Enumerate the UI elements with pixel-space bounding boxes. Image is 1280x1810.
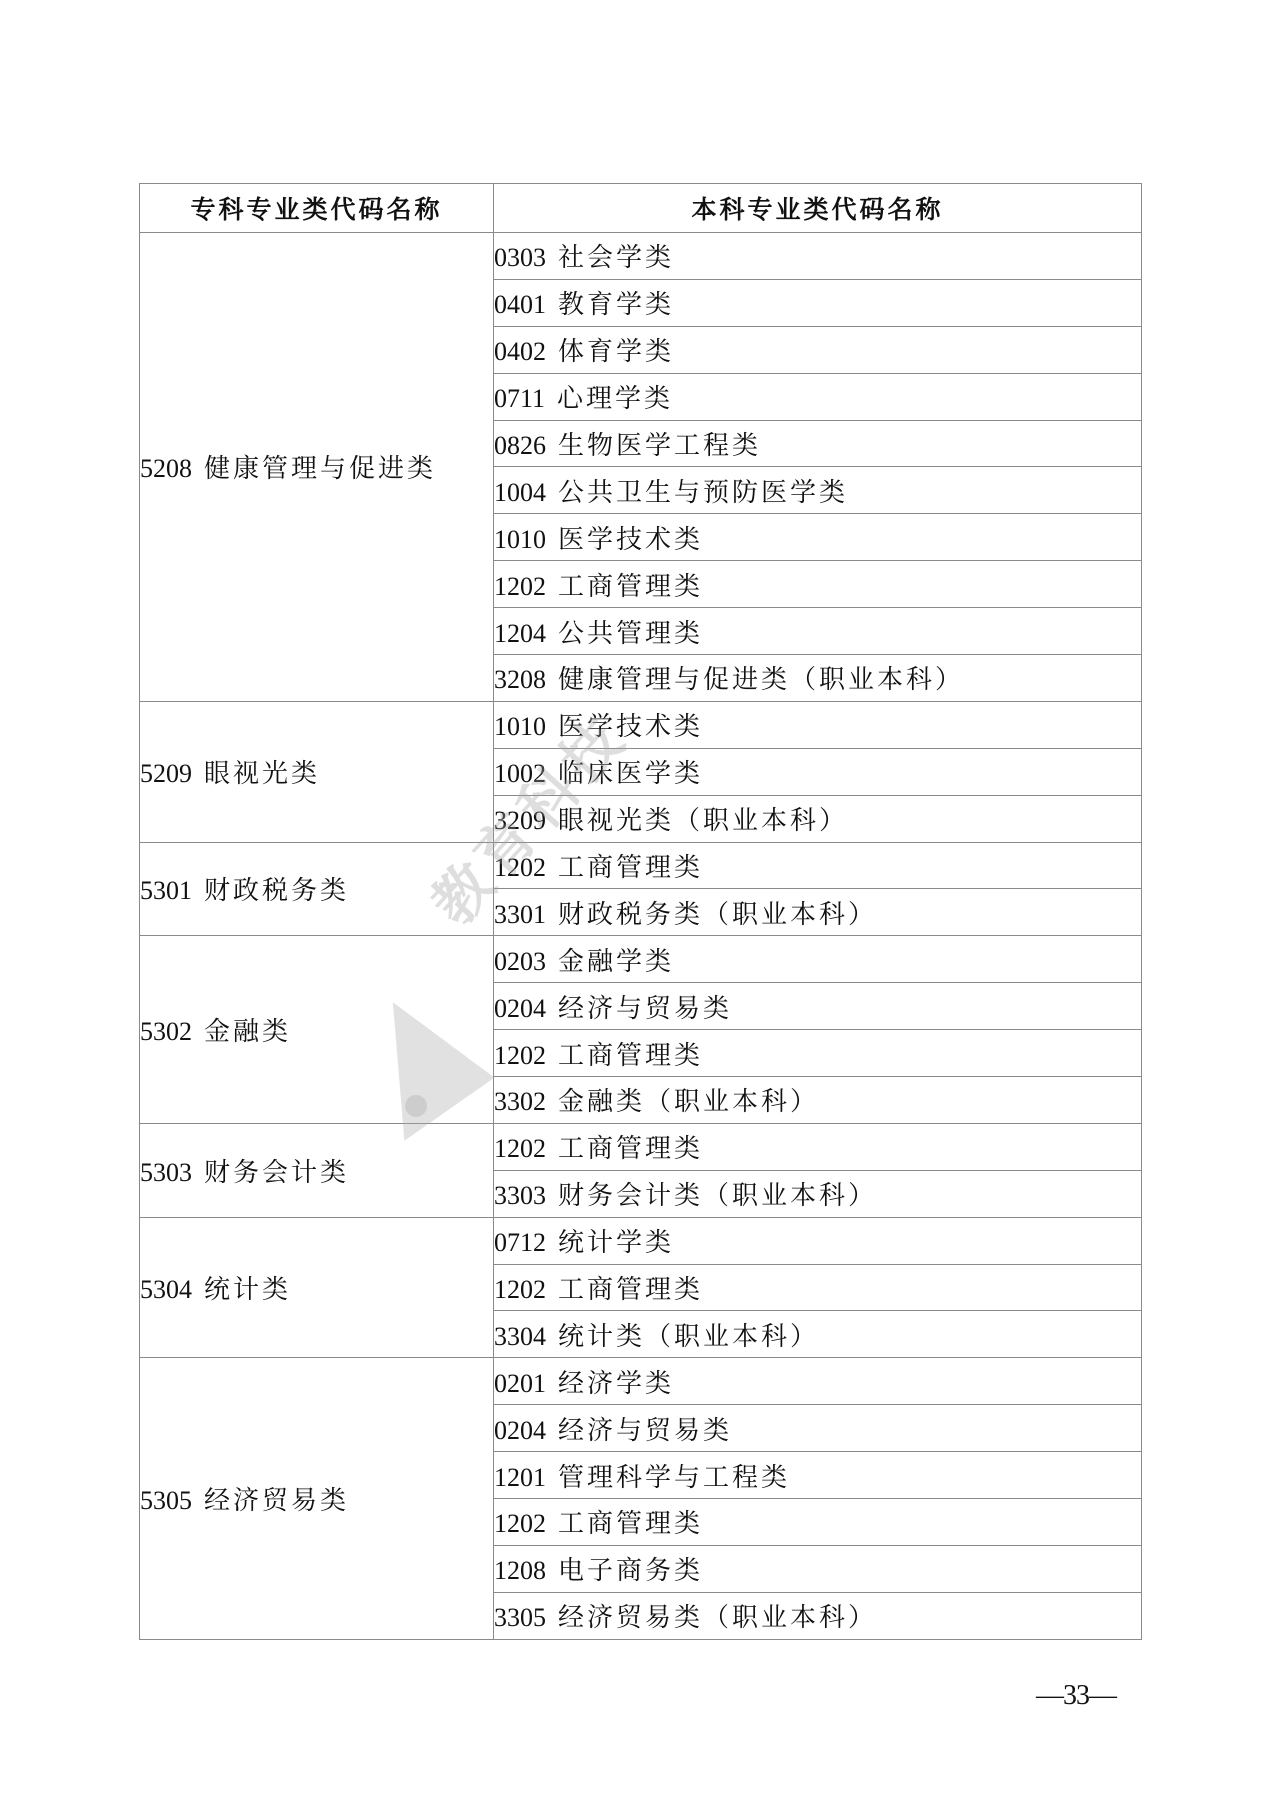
undergraduate-major-cell: 3209眼视光类（职业本科） — [494, 795, 1142, 842]
undergraduate-major-code: 3301 — [494, 900, 546, 929]
header-undergraduate-major: 本科专业类代码名称 — [494, 184, 1142, 233]
undergraduate-major-cell: 0402体育学类 — [494, 326, 1142, 373]
table-row: 5304统计类0712统计学类 — [140, 1217, 1142, 1264]
undergraduate-major-code: 1002 — [494, 759, 546, 788]
undergraduate-major-code: 1202 — [494, 572, 546, 601]
undergraduate-major-name: 工商管理类 — [558, 1509, 703, 1538]
undergraduate-major-name: 经济与贸易类 — [558, 994, 732, 1023]
undergraduate-major-cell: 1201管理科学与工程类 — [494, 1452, 1142, 1499]
undergraduate-major-cell: 0203金融学类 — [494, 936, 1142, 983]
undergraduate-major-name: 经济学类 — [558, 1369, 674, 1398]
vocational-major-cell: 5301财政税务类 — [140, 842, 494, 936]
undergraduate-major-code: 3208 — [494, 665, 546, 694]
vocational-major-cell: 5208健康管理与促进类 — [140, 233, 494, 702]
undergraduate-major-cell: 1202工商管理类 — [494, 1123, 1142, 1170]
undergraduate-major-cell: 1202工商管理类 — [494, 1499, 1142, 1546]
vocational-major-cell: 5303财务会计类 — [140, 1123, 494, 1217]
undergraduate-major-code: 1202 — [494, 1275, 546, 1304]
undergraduate-major-name: 金融学类 — [558, 947, 674, 976]
undergraduate-major-name: 眼视光类（职业本科） — [558, 806, 848, 835]
undergraduate-major-code: 3303 — [494, 1181, 546, 1210]
table-row: 5302金融类0203金融学类 — [140, 936, 1142, 983]
undergraduate-major-cell: 3303财务会计类（职业本科） — [494, 1170, 1142, 1217]
undergraduate-major-name: 公共卫生与预防医学类 — [558, 478, 848, 507]
undergraduate-major-name: 教育学类 — [558, 290, 674, 319]
undergraduate-major-name: 电子商务类 — [558, 1556, 703, 1585]
undergraduate-major-code: 1208 — [494, 1556, 546, 1585]
undergraduate-major-code: 0826 — [494, 431, 546, 460]
undergraduate-major-name: 健康管理与促进类（职业本科） — [558, 665, 964, 694]
undergraduate-major-cell: 3208健康管理与促进类（职业本科） — [494, 655, 1142, 702]
undergraduate-major-cell: 1204公共管理类 — [494, 608, 1142, 655]
undergraduate-major-cell: 0204经济与贸易类 — [494, 983, 1142, 1030]
undergraduate-major-cell: 1002临床医学类 — [494, 748, 1142, 795]
undergraduate-major-name: 工商管理类 — [558, 853, 703, 882]
undergraduate-major-cell: 1202工商管理类 — [494, 842, 1142, 889]
undergraduate-major-code: 1202 — [494, 1041, 546, 1070]
undergraduate-major-name: 工商管理类 — [558, 1041, 703, 1070]
undergraduate-major-name: 经济贸易类（职业本科） — [558, 1603, 877, 1632]
undergraduate-major-cell: 3301财政税务类（职业本科） — [494, 889, 1142, 936]
undergraduate-major-code: 1204 — [494, 619, 546, 648]
undergraduate-major-cell: 0303社会学类 — [494, 233, 1142, 280]
undergraduate-major-code: 0401 — [494, 290, 546, 319]
undergraduate-major-name: 医学技术类 — [558, 525, 703, 554]
undergraduate-major-name: 工商管理类 — [558, 1275, 703, 1304]
undergraduate-major-code: 3209 — [494, 806, 546, 835]
vocational-major-code: 5304 — [140, 1275, 192, 1304]
undergraduate-major-code: 1010 — [494, 712, 546, 741]
undergraduate-major-code: 3304 — [494, 1322, 546, 1351]
undergraduate-major-code: 1202 — [494, 853, 546, 882]
undergraduate-major-name: 心理学类 — [557, 384, 673, 413]
undergraduate-major-cell: 3305经济贸易类（职业本科） — [494, 1592, 1142, 1639]
header-vocational-major: 专科专业类代码名称 — [140, 184, 494, 233]
undergraduate-major-name: 金融类（职业本科） — [558, 1087, 819, 1116]
undergraduate-major-cell: 0711心理学类 — [494, 373, 1142, 420]
vocational-major-code: 5302 — [140, 1017, 192, 1046]
undergraduate-major-code: 1004 — [494, 478, 546, 507]
vocational-major-name: 经济贸易类 — [204, 1486, 349, 1515]
undergraduate-major-code: 0712 — [494, 1228, 546, 1257]
undergraduate-major-cell: 1202工商管理类 — [494, 561, 1142, 608]
undergraduate-major-cell: 1004公共卫生与预防医学类 — [494, 467, 1142, 514]
undergraduate-major-cell: 1202工商管理类 — [494, 1030, 1142, 1077]
undergraduate-major-name: 财政税务类（职业本科） — [558, 900, 877, 929]
table-row: 5208健康管理与促进类0303社会学类 — [140, 233, 1142, 280]
table-header-row: 专科专业类代码名称 本科专业类代码名称 — [140, 184, 1142, 233]
undergraduate-major-code: 0203 — [494, 947, 546, 976]
vocational-major-code: 5208 — [140, 454, 192, 483]
vocational-major-cell: 5305经济贸易类 — [140, 1358, 494, 1639]
page-number: —33— — [1036, 1680, 1116, 1712]
undergraduate-major-cell: 3304统计类（职业本科） — [494, 1311, 1142, 1358]
undergraduate-major-code: 1010 — [494, 525, 546, 554]
vocational-major-name: 财务会计类 — [204, 1158, 349, 1187]
vocational-major-cell: 5304统计类 — [140, 1217, 494, 1358]
undergraduate-major-code: 3305 — [494, 1603, 546, 1632]
undergraduate-major-cell: 1202工商管理类 — [494, 1264, 1142, 1311]
undergraduate-major-cell: 0826生物医学工程类 — [494, 420, 1142, 467]
undergraduate-major-name: 体育学类 — [558, 337, 674, 366]
undergraduate-major-name: 临床医学类 — [558, 759, 703, 788]
undergraduate-major-cell: 1010医学技术类 — [494, 701, 1142, 748]
undergraduate-major-name: 工商管理类 — [558, 1134, 703, 1163]
vocational-major-name: 财政税务类 — [204, 876, 349, 905]
table-row: 5303财务会计类1202工商管理类 — [140, 1123, 1142, 1170]
table-row: 5305经济贸易类0201经济学类 — [140, 1358, 1142, 1405]
undergraduate-major-cell: 3302金融类（职业本科） — [494, 1077, 1142, 1124]
undergraduate-major-code: 0402 — [494, 337, 546, 366]
undergraduate-major-name: 统计学类 — [558, 1228, 674, 1257]
vocational-major-code: 5305 — [140, 1486, 192, 1515]
undergraduate-major-code: 1201 — [494, 1463, 546, 1492]
vocational-major-cell: 5209眼视光类 — [140, 701, 494, 842]
undergraduate-major-cell: 0201经济学类 — [494, 1358, 1142, 1405]
vocational-major-code: 5209 — [140, 759, 192, 788]
undergraduate-major-name: 统计类（职业本科） — [558, 1322, 819, 1351]
major-mapping-table: 专科专业类代码名称 本科专业类代码名称 5208健康管理与促进类0303社会学类… — [139, 183, 1142, 1640]
vocational-major-name: 眼视光类 — [204, 759, 320, 788]
table-row: 5209眼视光类1010医学技术类 — [140, 701, 1142, 748]
vocational-major-code: 5303 — [140, 1158, 192, 1187]
vocational-major-cell: 5302金融类 — [140, 936, 494, 1124]
vocational-major-name: 统计类 — [204, 1275, 291, 1304]
document-page: 专科专业类代码名称 本科专业类代码名称 5208健康管理与促进类0303社会学类… — [0, 0, 1280, 1810]
undergraduate-major-cell: 0712统计学类 — [494, 1217, 1142, 1264]
vocational-major-name: 金融类 — [204, 1017, 291, 1046]
undergraduate-major-name: 生物医学工程类 — [558, 431, 761, 460]
undergraduate-major-cell: 0401教育学类 — [494, 279, 1142, 326]
undergraduate-major-code: 0711 — [494, 384, 545, 413]
undergraduate-major-code: 1202 — [494, 1134, 546, 1163]
undergraduate-major-cell: 0204经济与贸易类 — [494, 1405, 1142, 1452]
undergraduate-major-name: 医学技术类 — [558, 712, 703, 741]
undergraduate-major-name: 工商管理类 — [558, 572, 703, 601]
undergraduate-major-cell: 1208电子商务类 — [494, 1545, 1142, 1592]
undergraduate-major-cell: 1010医学技术类 — [494, 514, 1142, 561]
table-row: 5301财政税务类1202工商管理类 — [140, 842, 1142, 889]
vocational-major-code: 5301 — [140, 876, 192, 905]
undergraduate-major-name: 管理科学与工程类 — [558, 1463, 790, 1492]
undergraduate-major-code: 3302 — [494, 1087, 546, 1116]
undergraduate-major-code: 0204 — [494, 1416, 546, 1445]
vocational-major-name: 健康管理与促进类 — [204, 454, 436, 483]
table-body: 5208健康管理与促进类0303社会学类0401教育学类0402体育学类0711… — [140, 233, 1142, 1640]
undergraduate-major-name: 公共管理类 — [558, 619, 703, 648]
undergraduate-major-code: 0201 — [494, 1369, 546, 1398]
undergraduate-major-name: 经济与贸易类 — [558, 1416, 732, 1445]
undergraduate-major-name: 财务会计类（职业本科） — [558, 1181, 877, 1210]
undergraduate-major-code: 0204 — [494, 994, 546, 1023]
undergraduate-major-name: 社会学类 — [558, 243, 674, 272]
undergraduate-major-code: 0303 — [494, 243, 546, 272]
undergraduate-major-code: 1202 — [494, 1509, 546, 1538]
